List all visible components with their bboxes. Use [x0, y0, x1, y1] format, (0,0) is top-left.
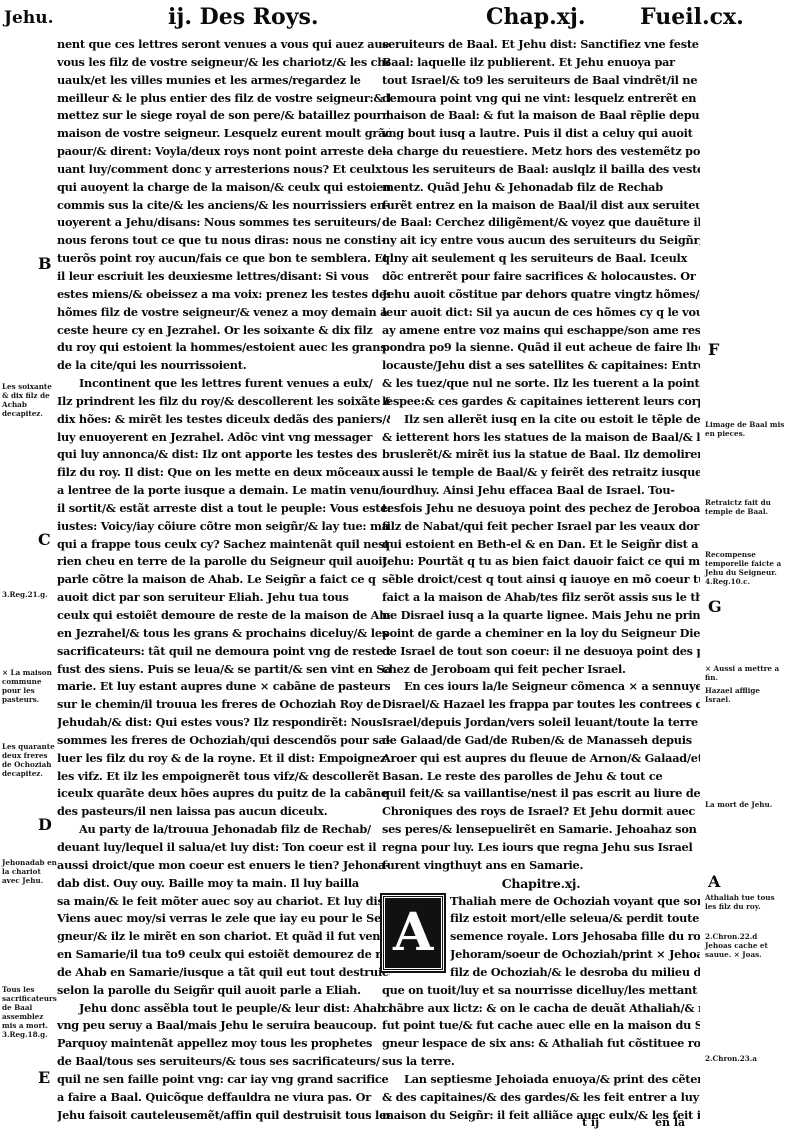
text-line: dab dist. Ouy ouy. Baille moy ta main. I… — [57, 875, 390, 893]
text-line: vng peu seruy a Baal/mais Jehu le seruir… — [57, 1017, 390, 1035]
text-line: Aroer qui est aupres du fleuue de Arnon/… — [382, 750, 700, 768]
margin-note-note-servants-baal: Tous les sacrificateurs de Baal assemble… — [2, 985, 58, 1039]
text-line: en Samarie/il tua to9 ceulx qui estoiẽt … — [57, 946, 390, 964]
text-line: sacrificateurs: tãt quil ne demoura poin… — [57, 643, 390, 661]
text-line: ay amene entre voz mains qui eschappe/so… — [382, 322, 700, 340]
text-line: filz du roy. Il dist: Que on les mette e… — [57, 464, 390, 482]
text-line: les vifz. Et ilz les empoignerẽt tous vi… — [57, 768, 390, 786]
text-line: filz de Ochoziah/& le desroba du milieu … — [450, 964, 700, 982]
section-marker-e: E — [38, 1068, 50, 1087]
text-line: demoura point vng qui ne vint: lesquelz … — [382, 90, 700, 108]
text-line: fust des siens. Puis se leua/& se partit… — [57, 661, 390, 679]
running-side-title: Jehu. — [4, 8, 54, 28]
text-line: sommes les freres de Ochoziah/qui descen… — [57, 732, 390, 750]
section-marker-f: F — [708, 340, 719, 359]
text-line: qui auoyent la charge de la maison/& ceu… — [57, 179, 390, 197]
text-line: maison du Seigñr: il feit alliãce auec e… — [382, 1107, 700, 1125]
text-line: tuerõs point roy aucun/fais ce que bon t… — [57, 250, 390, 268]
margin-note-note-temple-baal: Retraictz fait du temple de Baal. — [705, 498, 785, 516]
text-line: Viens auec moy/si verras le zele que iay… — [57, 910, 390, 928]
text-line: parle cõtre la maison de Ahab. Le Seigñr… — [57, 571, 390, 589]
text-line: vous les filz de vostre seigneur/& les c… — [57, 54, 390, 72]
margin-note-note-athaliah: Athaliah tue tous les filz du roy. — [705, 893, 785, 911]
right-text-column: seruiteurs de Baal. Et Jehu dist: Sancti… — [382, 36, 700, 1124]
text-line: meilleur & le plus entier des filz de vo… — [57, 90, 390, 108]
text-line: iceulx quarãte deux hões aupres du puitz… — [57, 785, 390, 803]
text-line: Jehudah/& dist: Qui estes vous? Ilz resp… — [57, 714, 390, 732]
margin-note-note-hazael-afflige: Hazael afflige Israel. — [705, 686, 785, 704]
text-line: rien cheu en terre de la parolle du Seig… — [57, 553, 390, 571]
text-line: commis sus la cite/& les anciens/& les n… — [57, 197, 390, 215]
text-line: du roy qui estoient la hommes/estoient a… — [57, 339, 390, 357]
text-line: chãbre aux lictz: & on le cacha de deuãt… — [382, 1000, 700, 1018]
text-line: tous les seruiteurs de Baal: auslqlz il … — [382, 161, 700, 179]
text-line: uoyerent a Jehu/disans: Nous sommes tes … — [57, 214, 390, 232]
text-line: luy enuoyerent en Jezrahel. Adõc vint vn… — [57, 429, 390, 447]
folio-number: Fueil.cx. — [640, 4, 744, 30]
text-line: Chroniques des roys de Israel? Et Jehu d… — [382, 803, 700, 821]
margin-note-note-death-jehu: La mort de Jehu. — [705, 800, 785, 809]
text-line: Au party de la/trouua Jehonadab filz de … — [57, 821, 390, 839]
text-line: Lan septiesme Jehoiada enuoya/& print de… — [382, 1071, 700, 1089]
text-line: En ces iours la/le Seigneur cõmenca × a … — [382, 678, 700, 696]
text-line: ceste heure cy en Jezrahel. Or les soixa… — [57, 322, 390, 340]
text-line: filz estoit mort/elle seleua/& perdit to… — [450, 910, 700, 928]
text-line: Thaliah mere de Ochoziah voyant que son — [450, 893, 700, 911]
catchword: en la — [655, 1116, 685, 1129]
text-line: de Israel de tout son coeur: il ne desuo… — [382, 643, 700, 661]
text-line: furent vingthuyt ans en Samarie. — [382, 857, 700, 875]
margin-note-note-jehonadab: Jehonadab en la chariot avec Jehu. — [2, 858, 58, 885]
text-line: Jehu faisoit cauteleusemẽt/affin quil de… — [57, 1107, 390, 1125]
margin-note-note-seventy-sons: Les soixante & dix filz de Achab decapit… — [2, 382, 58, 418]
text-line: sa main/& le feit mõter auec soy au char… — [57, 893, 390, 911]
text-line: qui luy annonca/& dist: Ilz ont apporte … — [57, 446, 390, 464]
text-line: uant luy/comment donc y arresterions nou… — [57, 161, 390, 179]
text-line: de Ahab en Samarie/iusque a tãt quil eut… — [57, 964, 390, 982]
text-line: de Galaad/de Gad/de Ruben/& de Manasseh … — [382, 732, 700, 750]
text-line: quil ne sen faille point vng: car iay vn… — [57, 1071, 390, 1089]
margin-note-ref-3reg21: 3.Reg.21.g. — [2, 590, 58, 599]
section-marker-d: D — [38, 815, 52, 834]
text-line: fut point tue/& fut cache auec elle en l… — [382, 1017, 700, 1035]
text-line: Basan. Le reste des parolles de Jehu & t… — [382, 768, 700, 786]
text-line: sẽble droict/cest q tout ainsi q iauoye … — [382, 571, 700, 589]
text-line: locauste/Jehu dist a ses satellites & ca… — [382, 357, 700, 375]
text-line: seruiteurs de Baal. Et Jehu dist: Sancti… — [382, 36, 700, 54]
text-line: point de garde a cheminer en la loy du S… — [382, 625, 700, 643]
section-marker-c: C — [38, 530, 51, 549]
text-line: lespee:& ces gardes & capitaines iettere… — [382, 393, 700, 411]
text-line: uaulx/et les villes munies et les armes/… — [57, 72, 390, 90]
running-book-title: ij. Des Roys. — [168, 4, 319, 30]
text-line: pondra po9 la sienne. Quãd il eut acheue… — [382, 339, 700, 357]
margin-note-note-forty-two-brothers: Les quarante deux freres de Ochoziah dec… — [2, 742, 58, 778]
text-line: Baal: laquelle ilz publierent. Et Jehu e… — [382, 54, 700, 72]
text-line: selon la parolle du Seigñr quil auoit pa… — [57, 982, 390, 1000]
chapter-heading: Chapitre.xj. — [382, 875, 700, 893]
text-line: Incontinent que les lettres furent venue… — [57, 375, 390, 393]
text-line: chez de Jeroboam qui feit pecher Israel. — [382, 661, 700, 679]
text-line: des pasteurs/il nen laissa pas aucun dic… — [57, 803, 390, 821]
text-line: tesfois Jehu ne desuoya point des pechez… — [382, 500, 700, 518]
text-line: Ilz prindrent les filz du roy/& descolle… — [57, 393, 390, 411]
text-line: Jehu auoit cõstitue par dehors quatre vi… — [382, 286, 700, 304]
margin-note-note-image-baal: Limage de Baal mis en pieces. — [705, 420, 785, 438]
section-marker-b: B — [38, 254, 52, 273]
text-line: ne Disrael iusq a la quarte lignee. Mais… — [382, 607, 700, 625]
text-line: ny ait icy entre vous aucun des seruiteu… — [382, 232, 700, 250]
text-line: il sortit/& estãt arreste dist a tout le… — [57, 500, 390, 518]
text-line: qui estoient en Beth-el & en Dan. Et le … — [382, 536, 700, 554]
chapter-opening: A Thaliah mere de Ochoziah voyant que so… — [382, 893, 700, 1125]
text-line: marie. Et luy estant aupres dune × cabãn… — [57, 678, 390, 696]
text-line: luer les filz du roy & de la royne. Et i… — [57, 750, 390, 768]
text-line: & les tuez/que nul ne sorte. Ilz les tue… — [382, 375, 700, 393]
text-line: & des capitaines/& des gardes/& les feit… — [382, 1089, 700, 1107]
text-line: aussi le temple de Baal/& y feirẽt des r… — [382, 464, 700, 482]
text-line: a lentree de la porte iusque a demain. L… — [57, 482, 390, 500]
text-line: Jehu donc assẽbla tout le peuple/& leur … — [57, 1000, 390, 1018]
text-line: sur le chemin/il trouua les freres de Oc… — [57, 696, 390, 714]
right-column-body: seruiteurs de Baal. Et Jehu dist: Sancti… — [382, 36, 700, 875]
text-line: Parquoy maintenãt appellez moy tous les … — [57, 1035, 390, 1053]
text-line: nous ferons tout ce que tu nous diras: n… — [57, 232, 390, 250]
text-line: de la cite/qui les nourrissoient. — [57, 357, 390, 375]
text-line: furẽt entrez en la maison de Baal/il dis… — [382, 197, 700, 215]
left-text-column: nent que ces lettres seront venues a vou… — [57, 36, 390, 1124]
margin-note-note-2chron: 2.Chron.22.d Jehoas cache et sauue. × Jo… — [705, 932, 785, 959]
text-line: ses peres/& lensepuelirẽt en Samarie. Je… — [382, 821, 700, 839]
margin-note-note-shepherds-house: × La maison commune pour les pasteurs. — [2, 668, 58, 704]
text-line: paour/& dirent: Voyla/deux roys nont poi… — [57, 143, 390, 161]
text-line: qui a frappe tous ceulx cy? Sachez maint… — [57, 536, 390, 554]
text-line: bruslerẽt/& mirẽt ius la statue de Baal.… — [382, 446, 700, 464]
margin-note-note-2chron23: 2.Chron.23.a — [705, 1054, 785, 1063]
text-line: sus la terre. — [382, 1053, 700, 1071]
text-line: iustes: Voicy/iay cõiure cõtre mon seigñ… — [57, 518, 390, 536]
text-line: hõmes filz de vostre seigneur/& venez a … — [57, 304, 390, 322]
text-line: deuant luy/lequel il salua/et luy dist: … — [57, 839, 390, 857]
text-line: leur auoit dict: Sil ya aucun de ces hõm… — [382, 304, 700, 322]
text-line: filz de Nabat/qui feit pecher Israel par… — [382, 518, 700, 536]
section-marker-g: G — [708, 597, 722, 616]
text-line: mentz. Quãd Jehu & Jehonadab filz de Rec… — [382, 179, 700, 197]
text-line: aussi droict/que mon coeur est enuers le… — [57, 857, 390, 875]
text-line: semence royale. Lors Jehosaba fille du r… — [450, 928, 700, 946]
text-line: de Baal/tous ses seruiteurs/& tous ses s… — [57, 1053, 390, 1071]
text-line: qlny ait seulement q les seruiteurs de B… — [382, 250, 700, 268]
text-line: maison de Baal: & fut la maison de Baal … — [382, 107, 700, 125]
text-line: Israel/depuis Jordan/vers soleil leuant/… — [382, 714, 700, 732]
text-line: nent que ces lettres seront venues a vou… — [57, 36, 390, 54]
text-line: auoit dict par son seruiteur Eliah. Jehu… — [57, 589, 390, 607]
decorated-initial-a: A — [382, 895, 444, 971]
text-line: gneur/& ilz le mirẽt en son chariot. Et … — [57, 928, 390, 946]
text-line: ceulx qui estoiẽt demoure de reste de la… — [57, 607, 390, 625]
text-line: estes miens/& obeissez a ma voix: prenez… — [57, 286, 390, 304]
text-line: quil feit/& sa vaillantise/nest il pas e… — [382, 785, 700, 803]
text-line: de Baal: Cerchez diligẽment/& voyez que … — [382, 214, 700, 232]
text-line: Disrael/& Hazael les frappa par toutes l… — [382, 696, 700, 714]
text-line: la charge du reuestiere. Metz hors des v… — [382, 143, 700, 161]
text-line: gneur lespace de six ans: & Athaliah fut… — [382, 1035, 700, 1053]
margin-note-note-reward: Recompense temporelle faicte a Jehu du S… — [705, 550, 785, 586]
section-marker-a: A — [708, 872, 720, 891]
text-line: Jehoram/soeur de Ochoziah/print × Jehoas — [450, 946, 700, 964]
text-line: dix hões: & mirẽt les testes diceulx ded… — [57, 411, 390, 429]
text-line: maison de vostre seigneur. Lesquelz eure… — [57, 125, 390, 143]
margin-note-note-hazael: × Aussi a mettre a fin. — [705, 664, 785, 682]
text-line: vng bout iusq a lautre. Puis il dist a c… — [382, 125, 700, 143]
text-line: en Jezrahel/& tous les grans & prochains… — [57, 625, 390, 643]
text-line: il leur escriuit les deuxiesme lettres/d… — [57, 268, 390, 286]
running-chapter: Chap.xj. — [486, 4, 586, 30]
text-line: iourdhuy. Ainsi Jehu effacea Baal de Isr… — [382, 482, 700, 500]
text-line: dõc entrerẽt pour faire sacrifices & hol… — [382, 268, 700, 286]
text-line: Jehu: Pourtãt q tu as bien faict dauoir … — [382, 553, 700, 571]
text-line: Ilz sen allerẽt iusq en la cite ou estoi… — [382, 411, 700, 429]
text-line: regna pour luy. Les iours que regna Jehu… — [382, 839, 700, 857]
text-line: mettez sur le siege royal de son pere/& … — [57, 107, 390, 125]
text-line: que on tuoit/luy et sa nourrisse dicellu… — [382, 982, 700, 1000]
text-line: tout Israel/& to9 les seruiteurs de Baal… — [382, 72, 700, 90]
text-line: a faire a Baal. Quicõque deffauldra ne v… — [57, 1089, 390, 1107]
text-line: & ietterent hors les statues de la maiso… — [382, 429, 700, 447]
text-line: faict a la maison de Ahab/tes filz serõt… — [382, 589, 700, 607]
signature-mark: t ij — [582, 1116, 599, 1129]
